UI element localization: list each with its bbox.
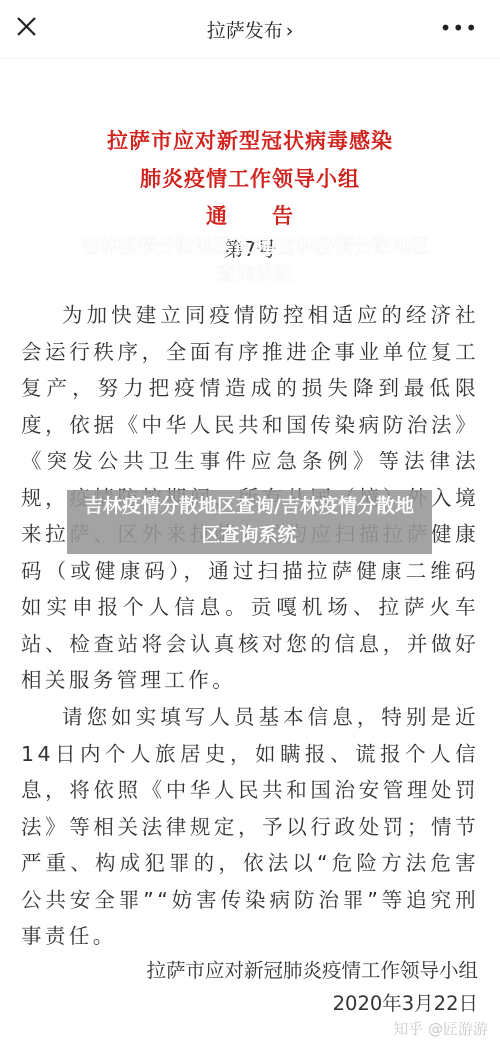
notice-heading-line3: 通 告 bbox=[0, 200, 500, 230]
account-name: 拉萨发布 bbox=[207, 20, 283, 42]
paragraph-2: 请您如实填写人员基本信息，特别是近14日内个人旅居史，如瞒报、谎报个人信息，将依… bbox=[21, 699, 479, 955]
top-bar: 拉萨发布› ••• bbox=[0, 0, 500, 59]
notice-date: 2020年3月22日 bbox=[333, 988, 478, 1016]
notice-heading-line2: 肺炎疫情工作领导小组 bbox=[0, 163, 500, 193]
notice-body-2: 请您如实填写人员基本信息，特别是近14日内个人旅居史，如瞒报、谎报个人信息，将依… bbox=[21, 699, 479, 955]
notice-heading-line1: 拉萨市应对新型冠状病毒感染 bbox=[0, 125, 500, 155]
title-overlay-text: 吉林疫情分散地区查询/吉林疫情分散地区查询系统 bbox=[67, 492, 419, 550]
more-menu-icon[interactable]: ••• bbox=[440, 16, 478, 40]
article-title-ghost: 吉林疫情分散地区查询/吉林疫情分散地区查询系统 bbox=[75, 232, 435, 288]
account-title-link[interactable]: 拉萨发布› bbox=[0, 16, 500, 43]
source-watermark: 知乎 @匠游游 bbox=[393, 1018, 488, 1039]
chevron-right-icon: › bbox=[286, 20, 294, 42]
notice-signature: 拉萨市应对新冠肺炎疫情工作领导小组 bbox=[146, 955, 478, 983]
